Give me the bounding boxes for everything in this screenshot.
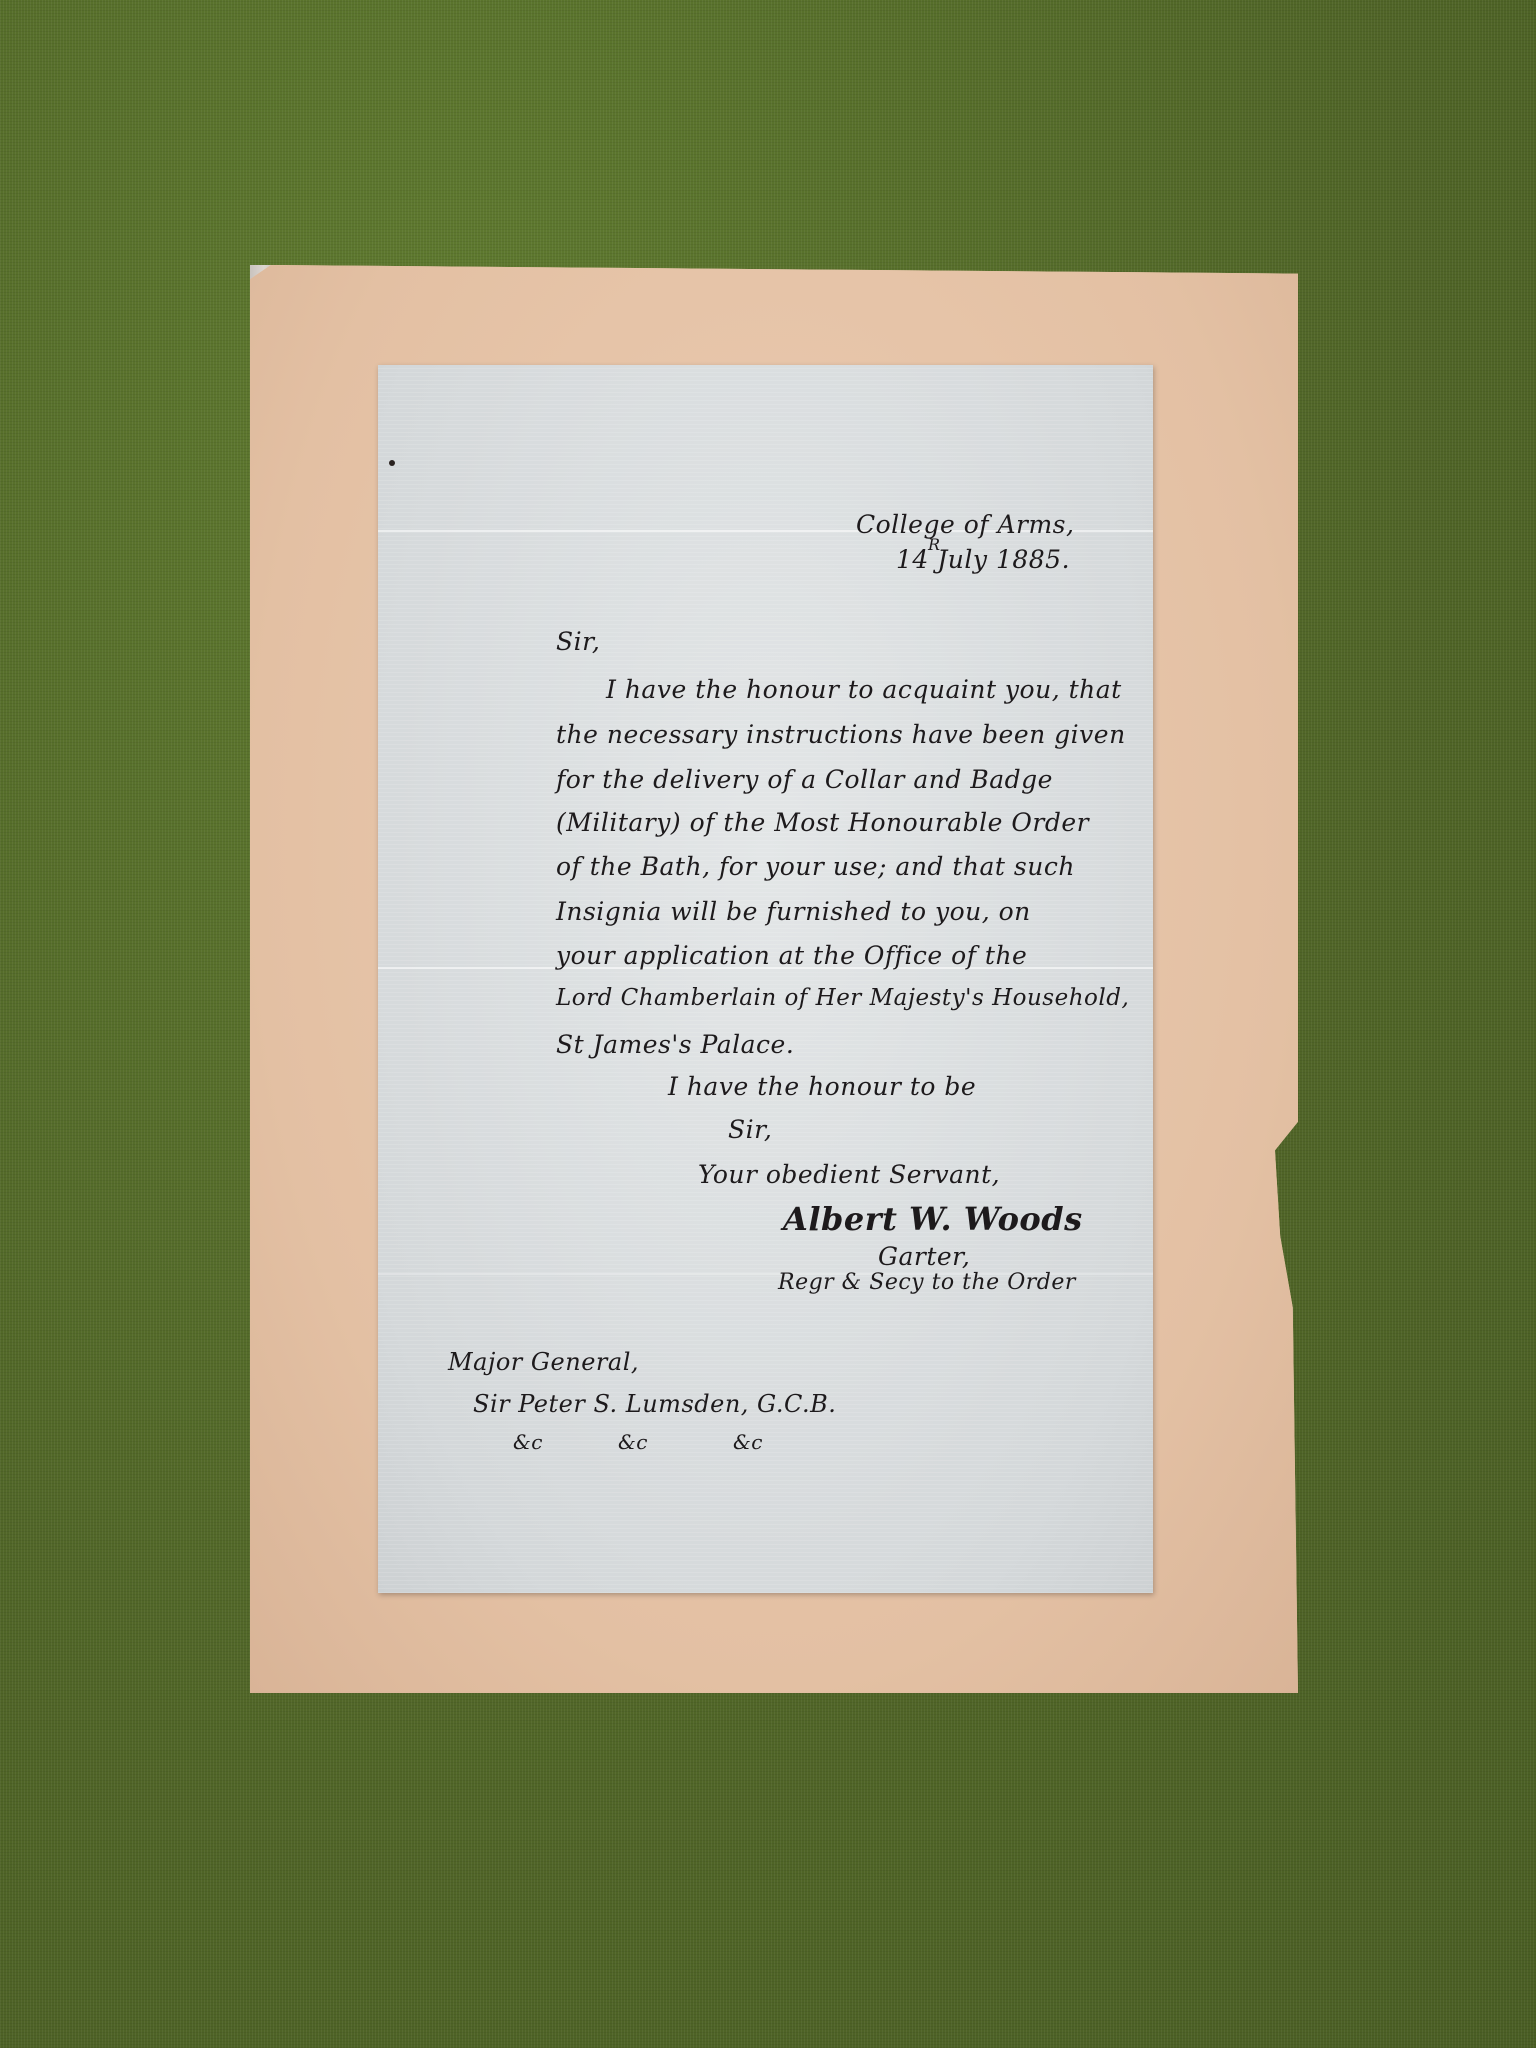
letter-place: College of Arms, — [856, 510, 1074, 539]
body-line: St James's Palace. — [556, 1030, 794, 1059]
closing-line: Sir, — [728, 1115, 772, 1144]
body-line: your application at the Office of the — [556, 941, 1027, 970]
body-line: Insignia will be furnished to you, on — [556, 897, 1031, 926]
salutation: Sir, — [556, 627, 600, 656]
letter-date: 14 July 1885. — [896, 545, 1070, 574]
body-line: the necessary instructions have been giv… — [556, 720, 1126, 749]
body-line: of the Bath, for your use; and that such — [556, 852, 1075, 881]
addressee-etc: &c — [733, 1430, 763, 1454]
body-line: Lord Chamberlain of Her Majesty's Househ… — [556, 985, 1129, 1011]
letter-sheet: College of Arms, R 14 July 1885. Sir, I … — [378, 365, 1153, 1593]
body-line: I have the honour to acquaint you, that — [606, 675, 1122, 704]
closing-line: I have the honour to be — [668, 1072, 976, 1101]
body-line: (Military) of the Most Honourable Order — [556, 808, 1089, 837]
signature-title: Garter, — [878, 1242, 970, 1271]
signature-role: Regr & Secy to the Order — [778, 1270, 1076, 1295]
body-line: for the delivery of a Collar and Badge — [556, 765, 1053, 794]
closing-line: Your obedient Servant, — [698, 1160, 1000, 1189]
addressee-etc: &c — [513, 1430, 543, 1454]
signature-name: Albert W. Woods — [783, 1200, 1083, 1238]
pin-hole — [389, 460, 395, 466]
addressee-name: Sir Peter S. Lumsden, G.C.B. — [473, 1390, 836, 1418]
addressee-etc: &c — [618, 1430, 648, 1454]
addressee-rank: Major General, — [448, 1348, 639, 1376]
